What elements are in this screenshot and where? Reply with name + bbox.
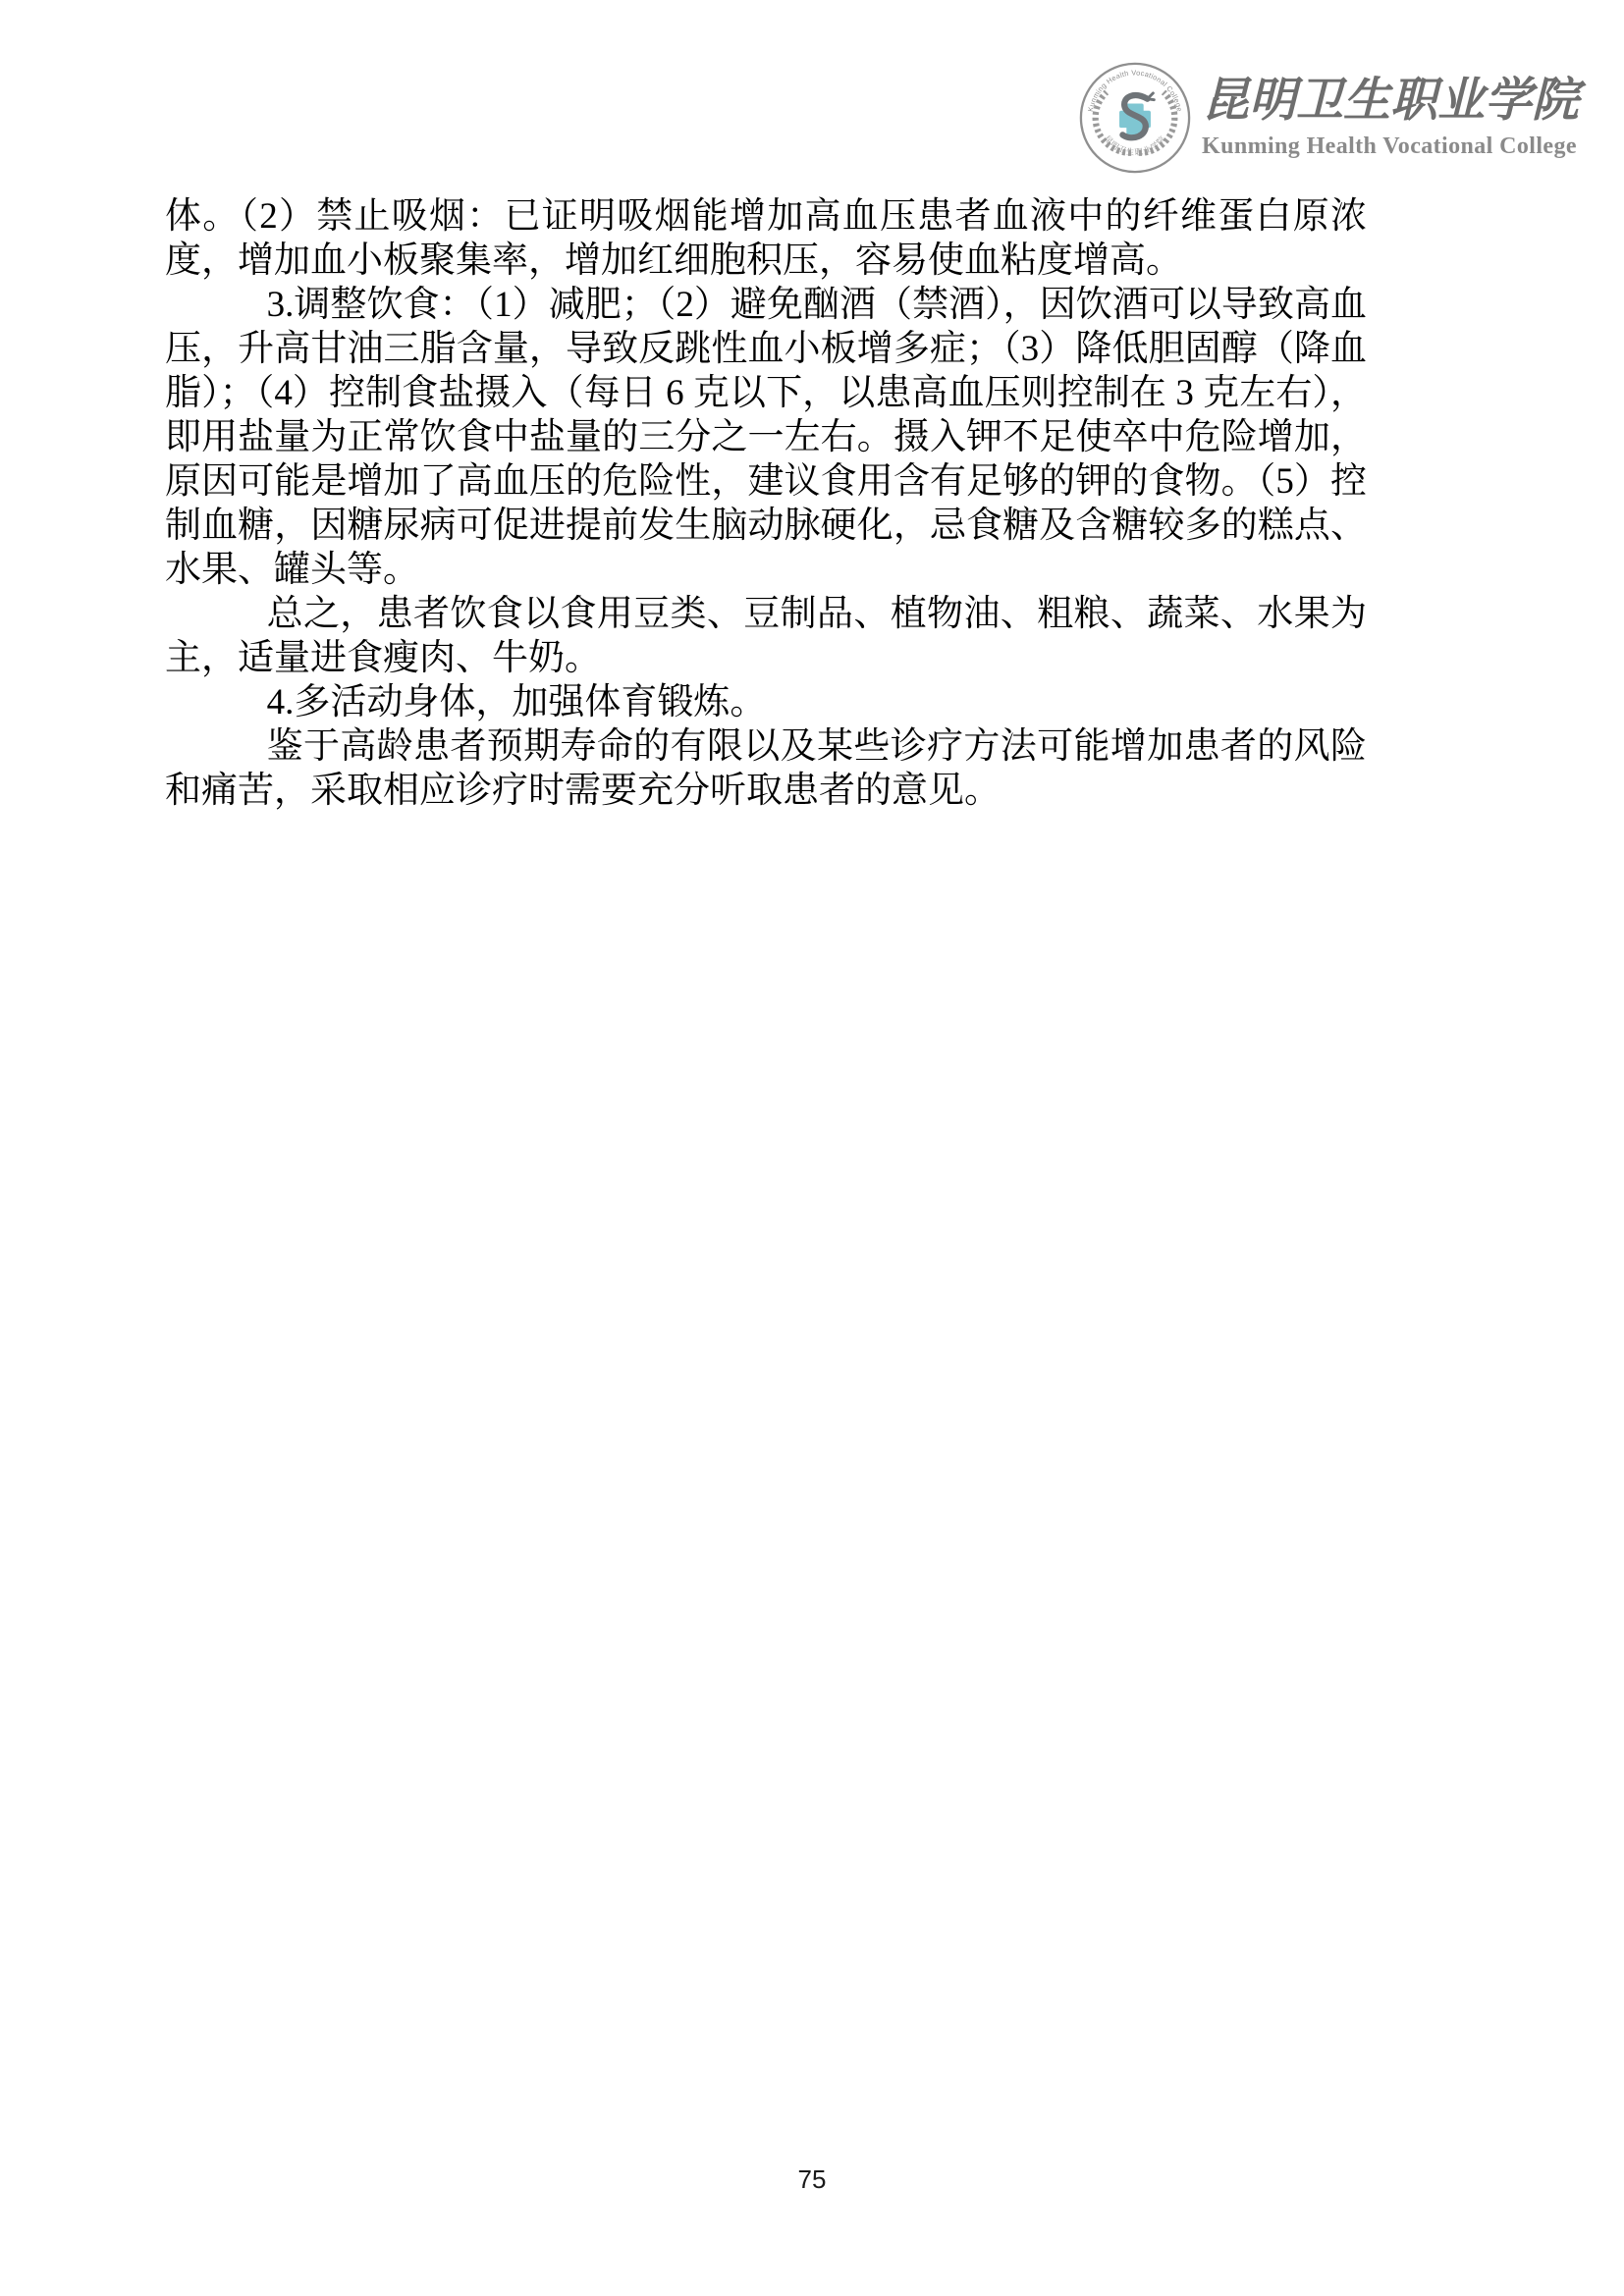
document-body: 体。（2）禁止吸烟：已证明吸烟能增加高血压患者血液中的纤维蛋白原浓度，增加血小板… bbox=[165, 194, 1367, 813]
page-number: 75 bbox=[798, 2164, 827, 2194]
page-footer: 75 bbox=[0, 2164, 1624, 2195]
document-page: Kunming Health Vocational College 昆明卫生职业… bbox=[0, 0, 1624, 2296]
paragraph: 3.调整饮食：（1）减肥；（2）避免酗酒（禁酒），因饮酒可以导致高血压，升高甘油… bbox=[165, 283, 1367, 592]
college-seal-icon: Kunming Health Vocational College 昆明卫生职业… bbox=[1078, 61, 1192, 175]
paragraph: 鉴于高龄患者预期寿命的有限以及某些诊疗方法可能增加患者的风险和痛苦，采取相应诊疗… bbox=[165, 724, 1367, 813]
college-brand: 昆明卫生职业学院 Kunming Health Vocational Colle… bbox=[1202, 69, 1555, 160]
paragraph: 总之，患者饮食以食用豆类、豆制品、植物油、粗粮、蔬菜、水果为主，适量进食瘦肉、牛… bbox=[165, 592, 1367, 680]
paragraph: 4.多活动身体，加强体育锻炼。 bbox=[165, 680, 1367, 724]
page-header: Kunming Health Vocational College 昆明卫生职业… bbox=[0, 0, 1624, 196]
college-seal-logo: Kunming Health Vocational College 昆明卫生职业… bbox=[1078, 61, 1192, 175]
college-name-english: Kunming Health Vocational College bbox=[1202, 133, 1555, 160]
paragraph: 体。（2）禁止吸烟：已证明吸烟能增加高血压患者血液中的纤维蛋白原浓度，增加血小板… bbox=[165, 194, 1367, 283]
college-name-calligraphy: 昆明卫生职业学院 bbox=[1202, 69, 1555, 132]
